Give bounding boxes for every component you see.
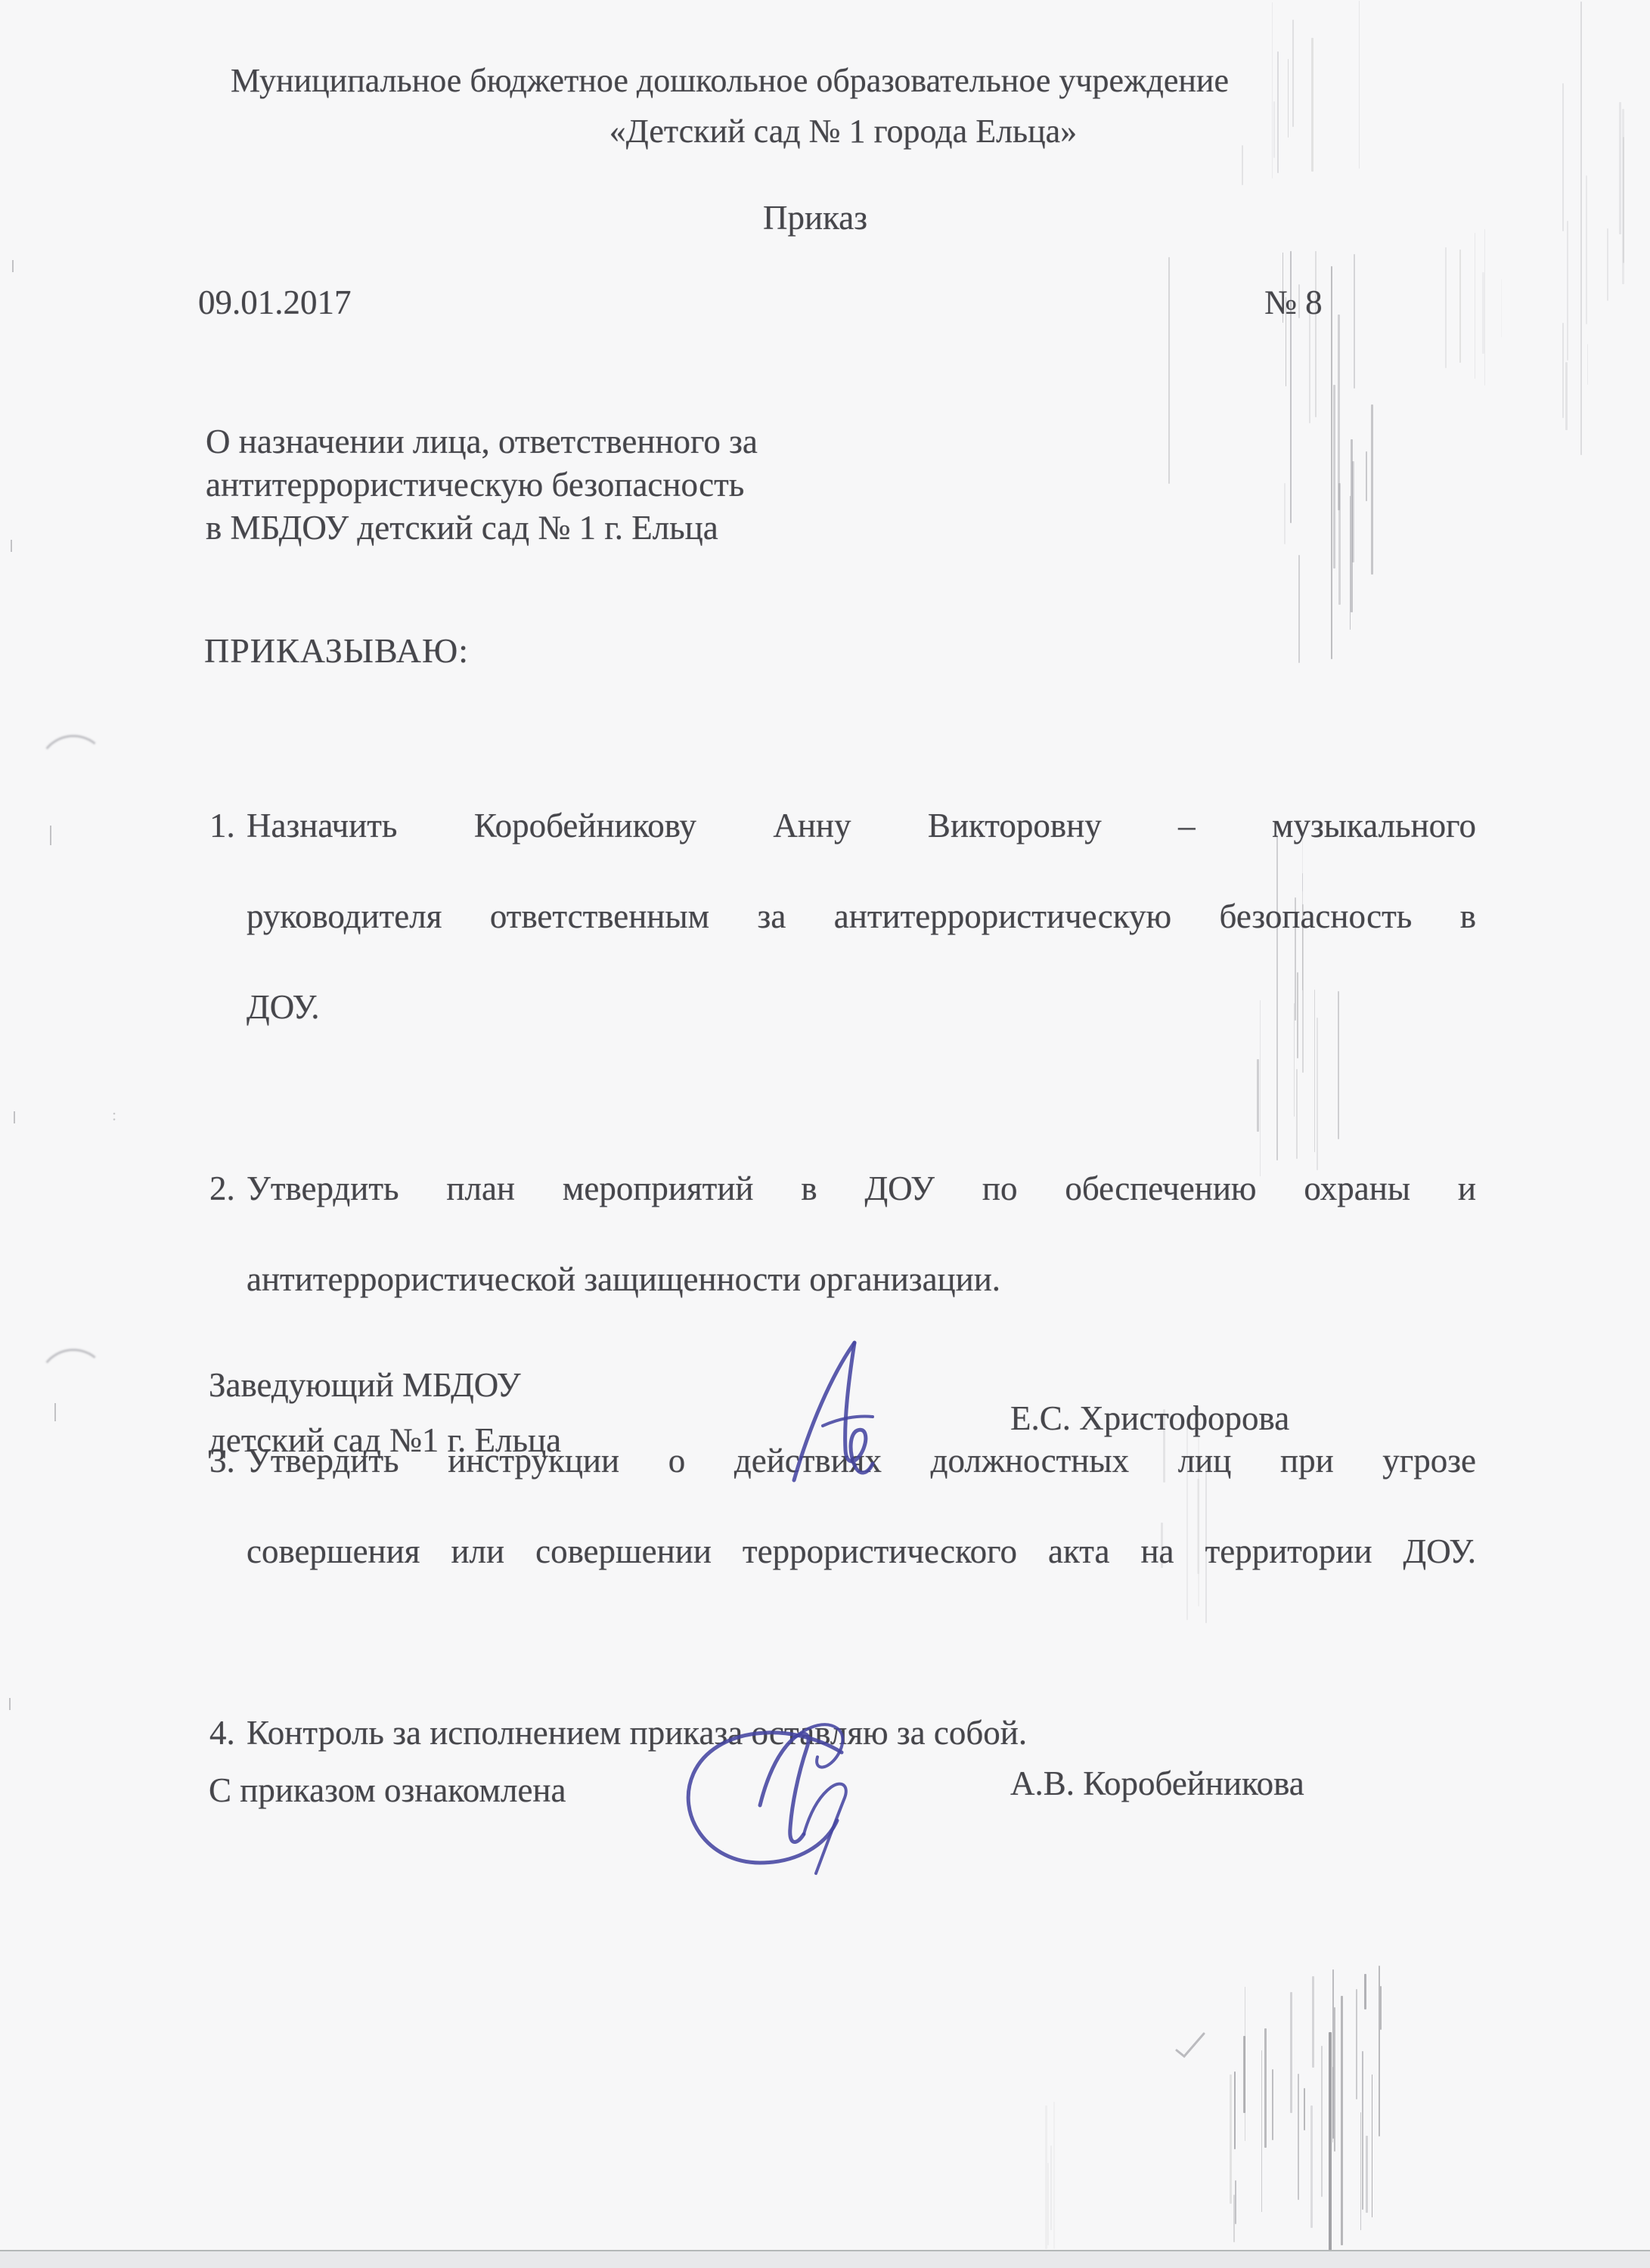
scan-streak: [1565, 362, 1568, 430]
scan-streak: [1338, 314, 1340, 510]
item-number: 2.: [209, 1166, 247, 1211]
scan-streak: [1257, 1059, 1259, 1131]
scan-streak: [1475, 233, 1475, 379]
scan-streak: [1288, 59, 1289, 138]
margin-tick: [9, 1698, 11, 1710]
scan-streak: [1312, 1976, 1314, 2068]
scan-streak: [1360, 2112, 1362, 2231]
scan-streak: [1567, 221, 1568, 361]
scan-streak: [1372, 2074, 1373, 2217]
scan-streak: [1304, 2088, 1305, 2130]
scan-streak: [1296, 1069, 1298, 1159]
scan-streak: [1290, 251, 1292, 523]
list-item: 1.Назначить Коробейникову Анну Викторовн…: [209, 758, 1476, 1075]
margin-tick: [14, 1111, 15, 1123]
scan-streak: [1053, 2102, 1055, 2249]
scan-streak: [1362, 2051, 1364, 2210]
scan-streak: [1292, 20, 1294, 128]
scan-streak: [1163, 1409, 1165, 1483]
scan-streak: [1186, 1426, 1188, 1620]
scan-streak: [1243, 2036, 1245, 2113]
scan-streak: [1234, 2071, 1236, 2149]
scan-streak: [1366, 2136, 1367, 2213]
scan-streak: [1286, 297, 1286, 386]
item-line: руководителя ответственным за антитеррор…: [209, 894, 1476, 939]
scanner-background: [0, 2251, 1650, 2268]
scan-streak: [1331, 266, 1332, 659]
organization-name-line1: Муниципальное бюджетное дошкольное образ…: [0, 59, 1459, 103]
signature-acknowledged: [647, 1715, 889, 1881]
signer2-name: А.В. Коробейникова: [1010, 1764, 1304, 1803]
margin-tick: [12, 260, 14, 272]
scan-streak: [1235, 2180, 1236, 2224]
scan-streak: [1354, 254, 1355, 389]
scan-streak: [1272, 2069, 1273, 2139]
scan-streak: [1242, 145, 1243, 186]
directive-heading: ПРИКАЗЫВАЮ:: [204, 631, 469, 671]
margin-tick: [50, 826, 51, 845]
scan-streak: [1197, 1479, 1199, 1574]
margin-tick: [54, 1403, 56, 1421]
scan-streak: [1501, 279, 1502, 337]
scan-streak: [1580, 2, 1582, 455]
scan-streak: [1356, 1989, 1357, 2099]
pen-check-mark: [1174, 2031, 1208, 2061]
document-type-title: Приказ: [0, 198, 1630, 237]
scan-streak: [1359, 1, 1360, 169]
scan-streak: [1310, 2105, 1313, 2227]
smudge-mark: :: [112, 1105, 116, 1125]
scan-streak: [1379, 1966, 1379, 2136]
document-number: № 8: [1264, 283, 1323, 322]
item-line: Контроль за исполнением приказа оставляю…: [247, 1714, 1027, 1752]
scan-streak: [1364, 1974, 1366, 2009]
item-line: Утвердить план мероприятий в ДОУ по обес…: [247, 1170, 1476, 1207]
signer1-name: Е.С. Христофорова: [1010, 1399, 1289, 1438]
scan-streak: [1284, 483, 1286, 545]
scan-streak: [1341, 1996, 1343, 2245]
scan-streak: [1351, 439, 1352, 613]
margin-tick: [11, 540, 12, 552]
signer1-title: Заведующий МБДОУ детский сад №1 г. Ельца: [209, 1358, 561, 1468]
scan-streak: [1302, 832, 1303, 891]
scan-streak: [1562, 323, 1563, 418]
scan-streak: [1233, 2195, 1235, 2242]
scan-streak: [1562, 83, 1564, 231]
scan-streak: [1230, 2074, 1232, 2204]
scan-streak: [1309, 299, 1310, 423]
scan-streak: [1298, 555, 1300, 663]
document-date: 09.01.2017: [198, 283, 352, 322]
scan-streak: [1619, 102, 1621, 234]
scan-streak: [1311, 38, 1313, 172]
scan-streak: [1333, 385, 1335, 569]
organization-name-line2: «Детский сад № 1 города Ельца»: [76, 112, 1611, 150]
scan-streak: [1371, 404, 1373, 574]
scan-streak: [1586, 175, 1587, 324]
scan-streak: [1295, 897, 1296, 1021]
scan-streak: [1338, 991, 1339, 1139]
scan-streak: [1332, 1969, 1333, 2138]
scan-streak: [1261, 2050, 1262, 2213]
scan-streak: [1587, 344, 1589, 385]
scan-streak: [1482, 272, 1484, 355]
item-number: 1.: [209, 803, 247, 848]
hole-punch-ghost-bottom: [34, 1345, 112, 1423]
scan-streak: [1315, 251, 1317, 417]
scan-streak: [1277, 51, 1278, 173]
scan-streak: [1161, 1523, 1162, 1568]
scan-streak: [1297, 972, 1298, 1058]
scan-streak: [1168, 257, 1170, 484]
scanned-order-page: Муниципальное бюджетное дошкольное образ…: [0, 0, 1650, 2268]
scan-streak: [1366, 451, 1367, 501]
signer2-acknowledgement-label: С приказом ознакомлена: [209, 1771, 566, 1810]
scan-streak: [1607, 228, 1608, 301]
scan-streak: [1622, 109, 1624, 285]
scan-streak: [1205, 1455, 1206, 1623]
scan-streak: [1298, 284, 1301, 318]
scan-streak: [1047, 2163, 1048, 2245]
scan-streak: [1334, 2007, 1335, 2152]
scan-streak: [1445, 247, 1447, 368]
item-number: 4.: [209, 1710, 247, 1755]
scan-streak: [1484, 229, 1485, 386]
hole-punch-ghost-top: [34, 731, 112, 809]
item-line: ДОУ.: [209, 984, 1476, 1030]
scan-streak: [1273, 101, 1275, 157]
scan-streak: [1050, 2146, 1052, 2230]
order-subject: О назначении лица, ответственного за ант…: [206, 420, 758, 550]
item-line: Назначить Коробейникову Анну Викторовну …: [247, 807, 1476, 844]
item-line: совершения или совершении террористическ…: [209, 1529, 1476, 1574]
scan-streak: [1298, 2074, 1298, 2200]
order-items-list: 1.Назначить Коробейникову Анну Викторовн…: [209, 712, 1476, 1846]
list-item: 2.Утвердить план мероприятий в ДОУ по об…: [209, 1120, 1476, 1347]
scan-streak: [1329, 2032, 1332, 2251]
scan-streak: [1321, 2046, 1323, 2197]
signature-director: [779, 1337, 900, 1488]
scan-streak: [1290, 1992, 1292, 2113]
scan-streak: [1264, 2028, 1266, 2148]
scan-streak: [1314, 990, 1315, 1152]
scan-streak: [1276, 835, 1278, 1160]
scan-streak: [1045, 2105, 1047, 2249]
scan-streak: [1459, 249, 1461, 363]
item-line: антитеррористической защищенности органи…: [209, 1256, 1476, 1302]
scan-streak: [1380, 1986, 1382, 2030]
